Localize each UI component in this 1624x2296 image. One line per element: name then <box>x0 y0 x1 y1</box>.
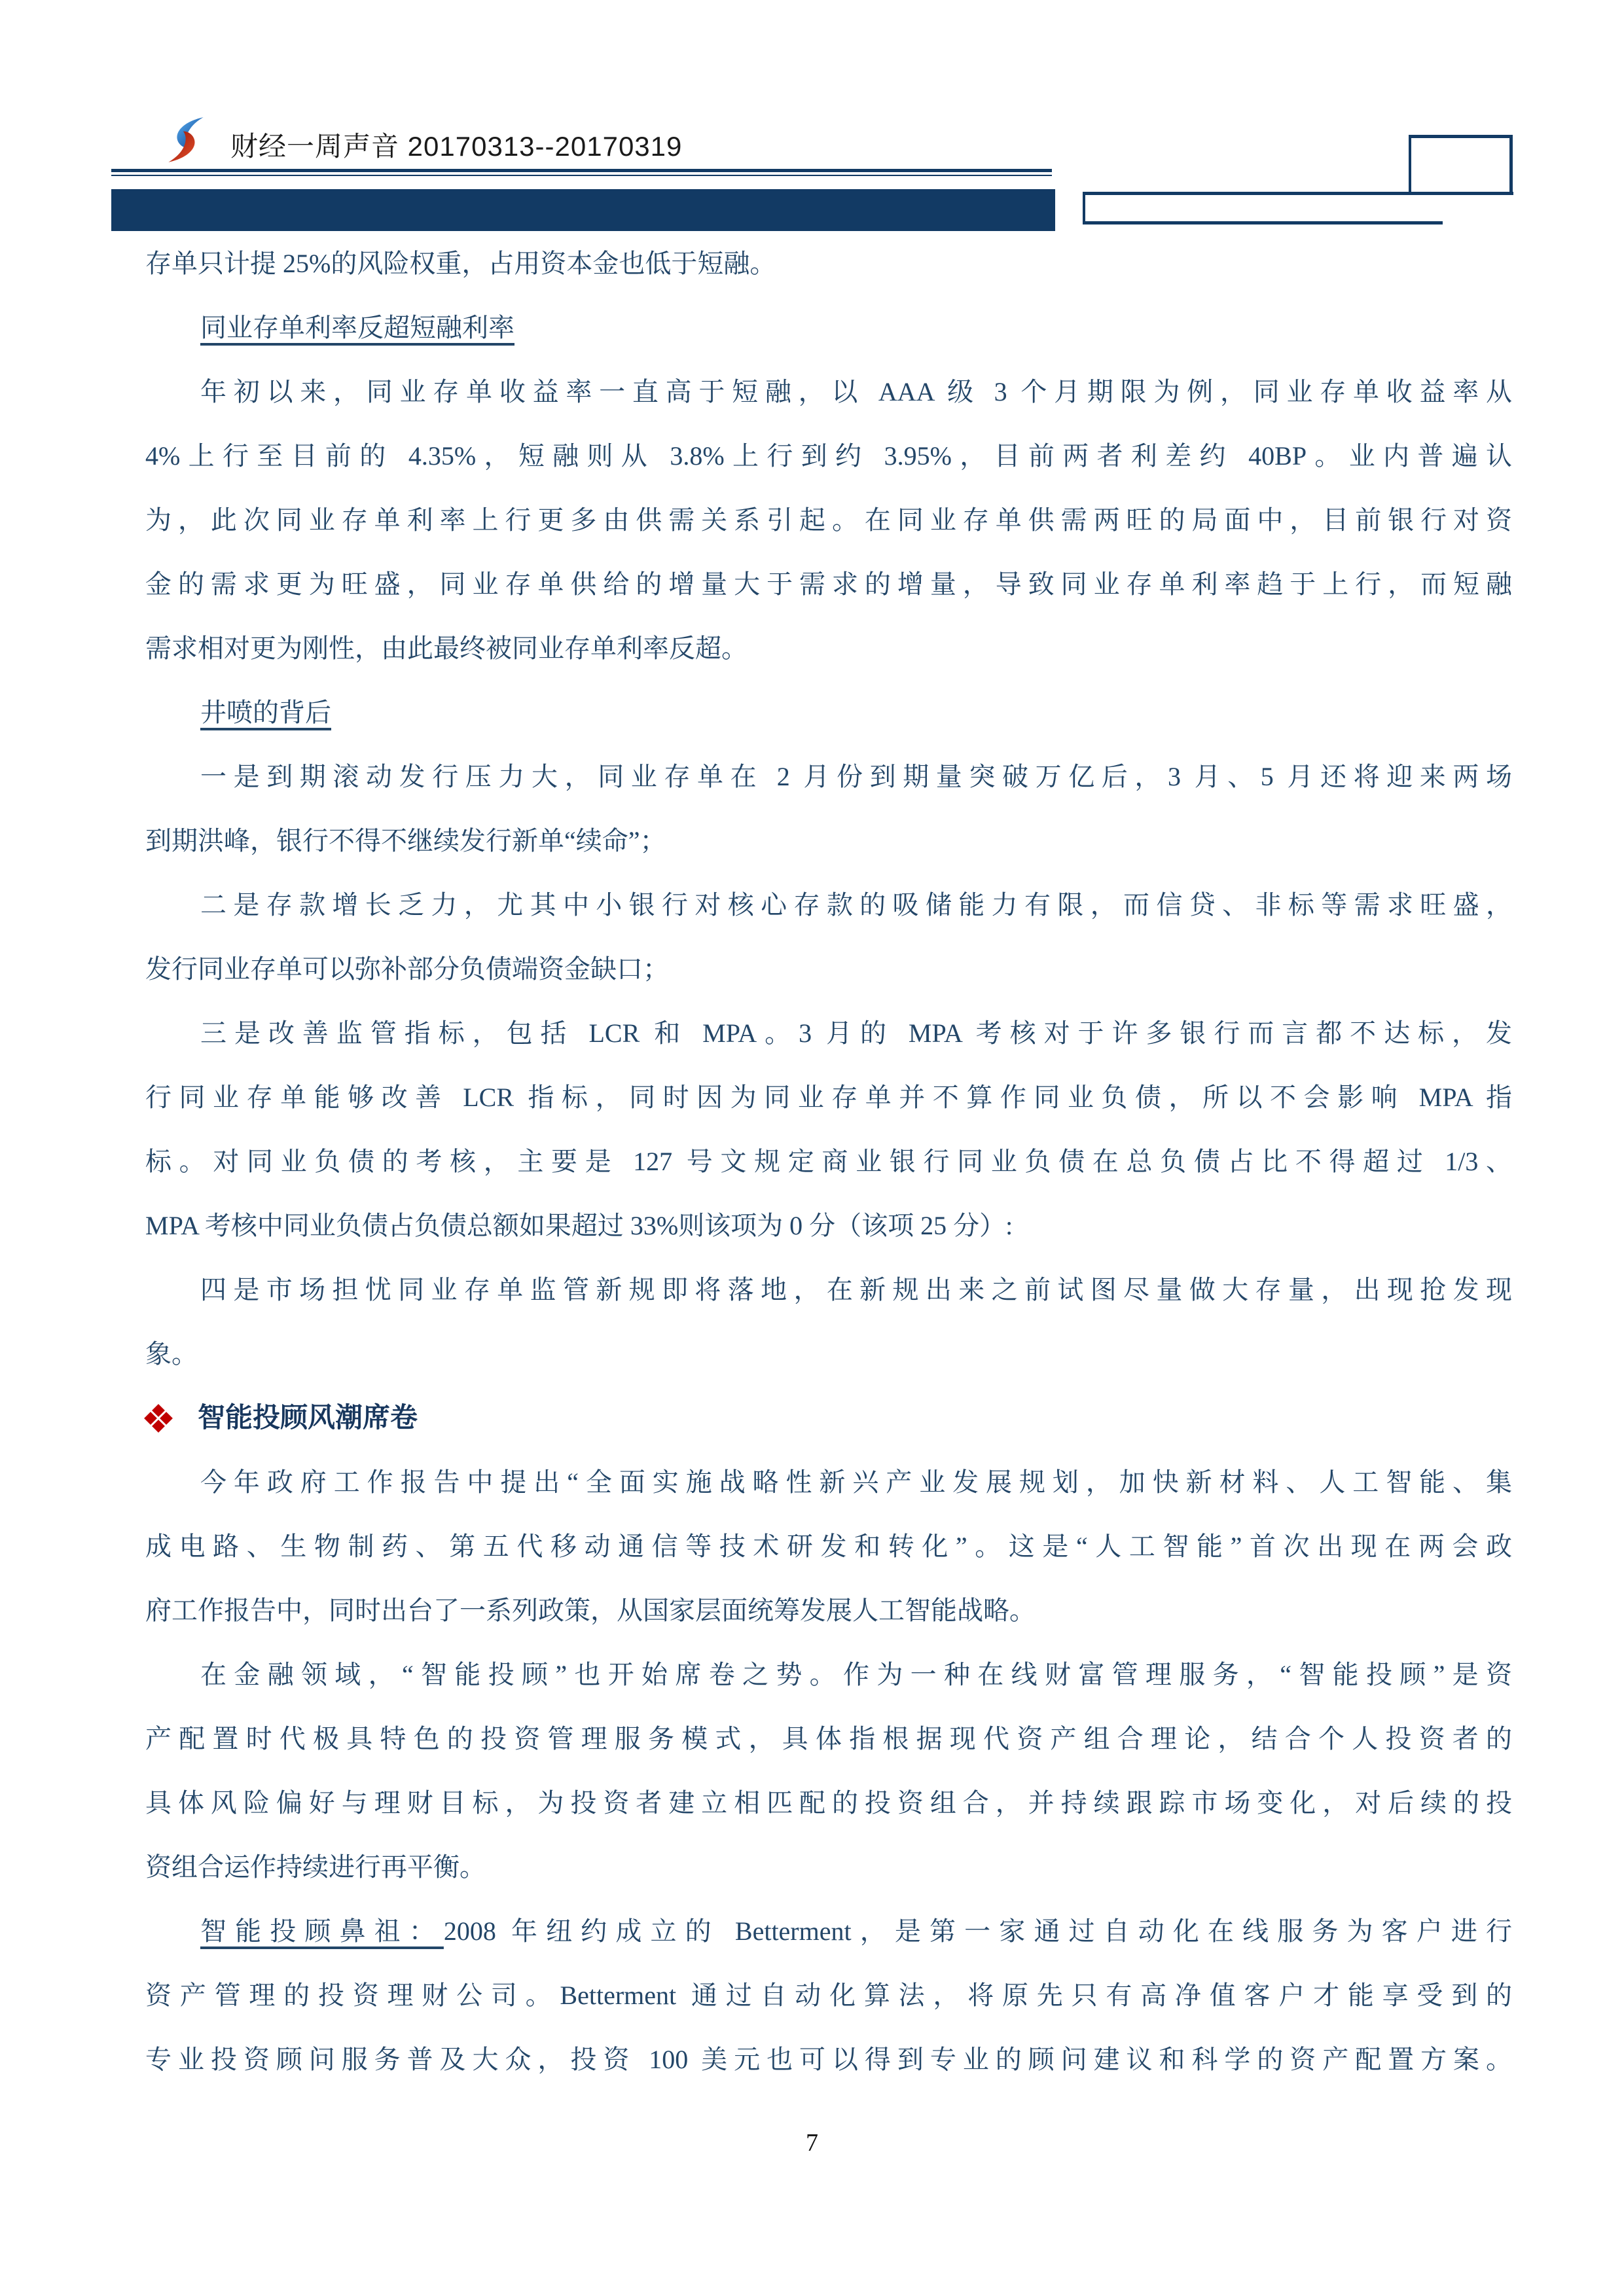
text-line: 行同业存单能够改善 LCR 指标，同时因为同业存单并不算作同业负债，所以不会影响… <box>145 1066 1512 1130</box>
header-outline-box-lower-left-edge <box>1083 192 1085 224</box>
text-line: 具体风险偏好与理财目标，为投资者建立相匹配的投资组合，并持续跟踪市场变化，对后续… <box>145 1771 1512 1835</box>
text-line: 四是市场担忧同业存单监管新规即将落地，在新规出来之前试图尽量做大存量，出现抢发现 <box>145 1258 1512 1322</box>
text-line: 资组合运作持续进行再平衡。 <box>145 1835 1512 1899</box>
header-outline-box-upper <box>1409 135 1513 195</box>
section-heading: 智能投顾风潮席卷 <box>145 1386 1512 1450</box>
subheading-underlined: 井喷的背后 <box>145 681 1512 745</box>
text-line-with-underlined-prefix: 智能投顾鼻祖：2008 年纽约成立的 Betterment，是第一家通过自动化在… <box>145 1899 1512 1964</box>
header-outline-box-lower-top-edge <box>1083 192 1513 195</box>
text-line: 成电路、生物制药、第五代移动通信等技术研发和转化”。这是“人工智能”首次出现在两… <box>145 1515 1512 1579</box>
text-line: 存单只计提 25%的风险权重，占用资本金也低于短融。 <box>145 232 1512 296</box>
subheading-underlined: 同业存单利率反超短融利率 <box>145 296 1512 360</box>
header-rule-thick <box>111 169 1052 172</box>
red-diamond-bullet-icon <box>145 1405 171 1431</box>
header-rule-thin <box>111 175 1052 176</box>
text-line: 在金融领域，“智能投顾”也开始席卷之势。作为一种在线财富管理服务，“智能投顾”是… <box>145 1643 1512 1707</box>
text-line: 标。对同业负债的考核，主要是 127 号文规定商业银行同业负债在总负债占比不得超… <box>145 1130 1512 1194</box>
page-title: 财经一周声音 20170313--20170319 <box>230 131 682 162</box>
text-line: 象。 <box>145 1322 1512 1386</box>
page-number: 7 <box>0 2128 1624 2157</box>
text-line: 专业投资顾问服务普及大众，投资 100 美元也可以得到专业的顾问建议和科学的资产… <box>145 2028 1512 2092</box>
text-line: 年初以来，同业存单收益率一直高于短融，以 AAA 级 3 个月期限为例，同业存单… <box>145 360 1512 424</box>
section-heading-label: 智能投顾风潮席卷 <box>198 1386 418 1450</box>
header-outline-box-lower-bottom-edge <box>1083 221 1443 224</box>
text-line: 今年政府工作报告中提出“全面实施战略性新兴产业发展规划，加快新材料、人工智能、集 <box>145 1450 1512 1515</box>
text-line: 到期洪峰，银行不得不继续发行新单“续命”； <box>145 809 1512 873</box>
header-navy-bar <box>111 189 1055 231</box>
text-line: MPA 考核中同业负债占负债总额如果超过 33%则该项为 0 分（该项 25 分… <box>145 1194 1512 1258</box>
text-line: 府工作报告中，同时出台了一系列政策，从国家层面统筹发展人工智能战略。 <box>145 1579 1512 1643</box>
text-line: 资产管理的投资理财公司。Betterment 通过自动化算法，将原先只有高净值客… <box>145 1964 1512 2028</box>
brand-s-swoosh-logo <box>159 117 213 164</box>
text-line: 金的需求更为旺盛，同业存单供给的增量大于需求的增量，导致同业存单利率趋于上行，而… <box>145 552 1512 617</box>
text-line: 4%上行至目前的 4.35%，短融则从 3.8%上行到约 3.95%，目前两者利… <box>145 424 1512 488</box>
text-line: 需求相对更为刚性，由此最终被同业存单利率反超。 <box>145 617 1512 681</box>
text-line: 二是存款增长乏力，尤其中小银行对核心存款的吸储能力有限，而信贷、非标等需求旺盛， <box>145 873 1512 937</box>
text-line: 为，此次同业存单利率上行更多由供需关系引起。在同业存单供需两旺的局面中，目前银行… <box>145 488 1512 552</box>
text-line: 三是改善监管指标，包括 LCR 和 MPA。3 月的 MPA 考核对于许多银行而… <box>145 1001 1512 1066</box>
document-body: 存单只计提 25%的风险权重，占用资本金也低于短融。 同业存单利率反超短融利率 … <box>145 232 1512 2092</box>
text-line: 产配置时代极具特色的投资管理服务模式，具体指根据现代资产组合理论，结合个人投资者… <box>145 1707 1512 1771</box>
document-page: 财经一周声音 20170313--20170319 存单只计提 25%的风险权重… <box>0 0 1624 2296</box>
text-line: 发行同业存单可以弥补部分负债端资金缺口； <box>145 937 1512 1001</box>
text-line: 一是到期滚动发行压力大，同业存单在 2 月份到期量突破万亿后，3 月、5 月还将… <box>145 745 1512 809</box>
